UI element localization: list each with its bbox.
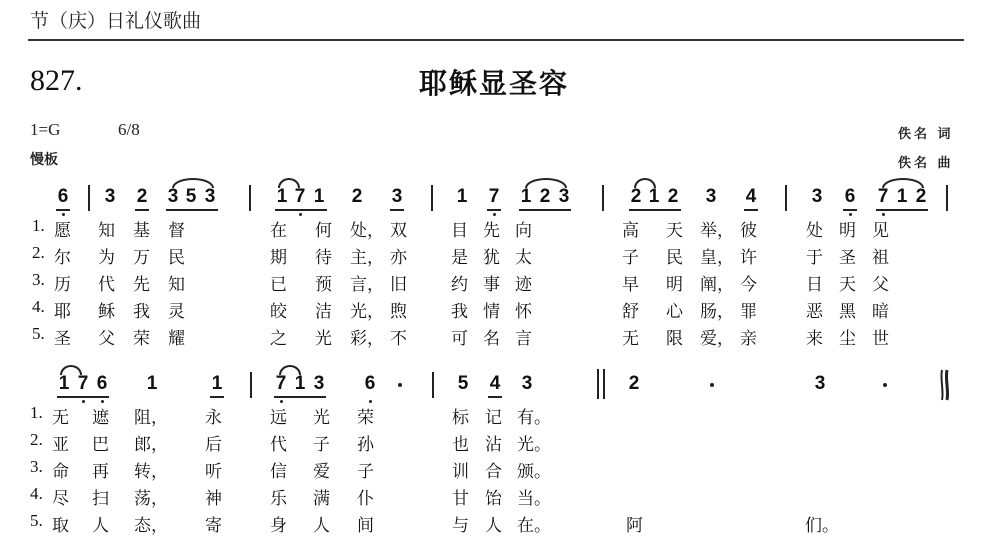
verse-number: 5. (30, 511, 43, 531)
verse-number: 3. (30, 457, 43, 477)
lyric-char: 亚 (52, 430, 69, 455)
lyric-char: 遮 (92, 403, 109, 428)
note: 1 (210, 373, 224, 395)
lyric-char: 知 (168, 270, 185, 295)
barline (946, 185, 948, 211)
beam-underline (135, 209, 149, 211)
note: 7 (293, 186, 307, 208)
time-signature: 6/8 (118, 120, 140, 140)
section-header: 节（庆）日礼仪歌曲 (30, 6, 201, 33)
lyric-char: 何 (315, 216, 332, 241)
lyric-char: 颁。 (517, 457, 551, 482)
lyric-char: 光。 (517, 430, 551, 455)
lyric-char: 暗 (872, 297, 889, 322)
page-title: 耶稣显圣容 (0, 62, 988, 102)
lyric-char: 圣 (839, 243, 856, 268)
augmentation-dot (398, 383, 402, 387)
lyric-char: 目 (451, 216, 468, 241)
lyric-char: 合 (485, 457, 502, 482)
verse-number: 3. (32, 270, 45, 290)
lyric-char: 稣 (98, 297, 115, 322)
lyric-char: 人 (92, 511, 109, 536)
lyric-char: 训 (452, 457, 469, 482)
lyric-char: 已 (270, 270, 287, 295)
lyric-char: 日 (806, 270, 823, 295)
note: 3 (203, 186, 217, 208)
lyric-line-verse-5: 5. 圣 父 荣 耀 之 光 彩， 不 可 名 言 无 限 爱， 亲 来 尘 世 (0, 324, 988, 350)
verse-number: 5. (32, 324, 45, 344)
lyric-char: 记 (485, 403, 502, 428)
lyricist-credit: 佚名 词 (898, 123, 954, 142)
note: 2 (914, 186, 928, 208)
lyric-char: 先 (133, 270, 150, 295)
verse-number: 2. (32, 243, 45, 263)
lyric-char: 煦 (390, 297, 407, 322)
lyric-char: 举， (700, 216, 734, 241)
end-barline (939, 369, 951, 401)
lyric-char: 太 (515, 243, 532, 268)
lyric-char: 待 (315, 243, 332, 268)
lyric-char: 听 (205, 457, 222, 482)
lyric-char: 光， (350, 297, 384, 322)
note: 3 (704, 186, 718, 208)
lyric-char: 命 (52, 457, 69, 482)
note: 4 (744, 186, 758, 208)
lyric-char: 郎， (134, 430, 168, 455)
lyric-char: 无 (622, 324, 639, 349)
lyric-char: 期 (270, 243, 287, 268)
note: 2 (666, 186, 680, 208)
beam-underline (488, 396, 502, 398)
note: 3 (813, 373, 827, 395)
lyric-char: 在。 (517, 511, 551, 536)
lyric-char: 明 (839, 216, 856, 241)
verse-number: 4. (30, 484, 43, 504)
lyric-char: 巴 (92, 430, 109, 455)
double-barline (597, 369, 605, 399)
lyric-char: 来 (806, 324, 823, 349)
note: 1 (57, 373, 71, 395)
note: 5 (456, 373, 470, 395)
lyric-char: 当。 (517, 484, 551, 509)
lyric-char: 尽 (52, 484, 69, 509)
lyric-char: 无 (52, 403, 69, 428)
lyric-char: 约 (451, 270, 468, 295)
barline (249, 185, 251, 211)
lyric-char: 沾 (485, 430, 502, 455)
barline (431, 185, 433, 211)
lyric-char: 肠， (700, 297, 734, 322)
lyric-char: 远 (270, 403, 287, 428)
lyric-char: 犹 (483, 243, 500, 268)
lyric-char: 永 (205, 403, 222, 428)
note: 1 (895, 186, 909, 208)
note: 7 (76, 373, 90, 395)
lyric-char: 于 (806, 243, 823, 268)
lyric-char: 人 (313, 511, 330, 536)
lyric-char: 见 (872, 216, 889, 241)
slur (525, 178, 567, 188)
lyric-char: 双 (390, 216, 407, 241)
lyric-char: 舒 (622, 297, 639, 322)
beam-underline (519, 209, 571, 211)
lyric-char: 子 (622, 243, 639, 268)
lyric-char: 向 (515, 216, 532, 241)
beam-underline (56, 209, 70, 211)
lyric-char: 有。 (517, 403, 551, 428)
slur (60, 365, 82, 375)
lyric-char: 处， (350, 216, 384, 241)
beam-underline (57, 396, 109, 398)
lyric-char: 饴 (485, 484, 502, 509)
lyric-char: 祖 (872, 243, 889, 268)
lyric-char: 天 (666, 216, 683, 241)
note: 3 (810, 186, 824, 208)
verse-number: 1. (32, 216, 45, 236)
note: 1 (519, 186, 533, 208)
beam-underline (876, 209, 928, 211)
lyric-char: 历 (54, 270, 71, 295)
lyric-char: 迹 (515, 270, 532, 295)
beam-underline (166, 209, 218, 211)
lyric-char: 亦 (390, 243, 407, 268)
note: 3 (390, 186, 404, 208)
lyric-char: 许 (740, 243, 757, 268)
lyric-char: 身 (270, 511, 287, 536)
note: 2 (629, 186, 643, 208)
note: 7 (876, 186, 890, 208)
lyric-char: 在 (270, 216, 287, 241)
composer-credit: 佚名 曲 (898, 152, 954, 171)
lyric-char: 爱 (313, 457, 330, 482)
lyric-char: 早 (622, 270, 639, 295)
lyric-char: 是 (451, 243, 468, 268)
lyric-char: 阻， (134, 403, 168, 428)
barline (602, 185, 604, 211)
verse-number: 4. (32, 297, 45, 317)
lyric-line-verse-3: 3. 命 再 转， 听 信 爱 子 训 合 颁。 (0, 457, 988, 483)
lyric-line-verse-3: 3. 历 代 先 知 已 预 言， 旧 约 事 迹 早 明 阐， 今 日 天 父 (0, 270, 988, 296)
note: 6 (95, 373, 109, 395)
note: 2 (135, 186, 149, 208)
lyric-char: 罪 (740, 297, 757, 322)
lyric-char: 之 (270, 324, 287, 349)
lyric-char: 尘 (839, 324, 856, 349)
lyric-char: 再 (92, 457, 109, 482)
note: 7 (487, 186, 501, 208)
header-divider (28, 39, 964, 41)
note: 7 (274, 373, 288, 395)
lyric-char: 父 (872, 270, 889, 295)
lyric-char: 光 (315, 324, 332, 349)
lyric-char: 乐 (270, 484, 287, 509)
lyric-char: 情 (483, 297, 500, 322)
lyric-char: 荡， (134, 484, 168, 509)
note: 3 (103, 186, 117, 208)
lyric-char: 间 (357, 511, 374, 536)
lyric-char: 与 (452, 511, 469, 536)
beam-underline (275, 209, 327, 211)
lyric-char: 世 (872, 324, 889, 349)
lyric-char: 民 (168, 243, 185, 268)
lyric-char: 孙 (357, 430, 374, 455)
lyric-char: 圣 (54, 324, 71, 349)
lyric-char: 寄 (205, 511, 222, 536)
lyric-line-verse-4: 4. 尽 扫 荡， 神 乐 满 仆 甘 饴 当。 (0, 484, 988, 510)
lyric-char: 仆 (357, 484, 374, 509)
barline (88, 185, 90, 211)
lyric-char: 耀 (168, 324, 185, 349)
lyric-char: 阐， (700, 270, 734, 295)
augmentation-dot (710, 383, 714, 387)
lyric-char: 彩， (350, 324, 384, 349)
lyric-char: 旧 (390, 270, 407, 295)
beam-underline (210, 396, 224, 398)
barline (432, 372, 434, 398)
lyric-char: 子 (357, 457, 374, 482)
note: 6 (56, 186, 70, 208)
lyric-char: 预 (315, 270, 332, 295)
note: 5 (184, 186, 198, 208)
lyric-char: 灵 (168, 297, 185, 322)
lyric-char: 扫 (92, 484, 109, 509)
slur (278, 178, 300, 188)
slur (279, 365, 301, 375)
lyric-char: 父 (98, 324, 115, 349)
lyric-char: 名 (483, 324, 500, 349)
tempo-marking: 慢板 (30, 149, 58, 169)
lyric-char: 爱， (700, 324, 734, 349)
lyric-char: 知 (98, 216, 115, 241)
note: 2 (538, 186, 552, 208)
lyric-char: 亲 (740, 324, 757, 349)
note: 1 (647, 186, 661, 208)
barline (785, 185, 787, 211)
note: 3 (557, 186, 571, 208)
lyric-line-verse-1: 1. 无 遮 阻， 永 远 光 荣 标 记 有。 (0, 403, 988, 429)
lyric-char: 事 (483, 270, 500, 295)
lyric-char: 万 (133, 243, 150, 268)
lyric-char: 代 (270, 430, 287, 455)
lyric-char: 皎 (270, 297, 287, 322)
lyric-char: 神 (205, 484, 222, 509)
slur (172, 178, 214, 188)
lyric-line-verse-2: 2. 亚 巴 郎， 后 代 子 孙 也 沾 光。 (0, 430, 988, 456)
lyric-char: 彼 (740, 216, 757, 241)
note: 1 (293, 373, 307, 395)
note: 1 (275, 186, 289, 208)
lyric-char: 基 (133, 216, 150, 241)
beam-underline (487, 209, 501, 211)
lyric-char: 取 (52, 511, 69, 536)
lyric-char: 言， (350, 270, 384, 295)
beam-underline (744, 209, 758, 211)
lyric-char: 也 (452, 430, 469, 455)
slur (634, 178, 656, 188)
lyric-char: 主， (350, 243, 384, 268)
lyric-char: 荣 (357, 403, 374, 428)
lyric-char: 言 (515, 324, 532, 349)
lyric-char: 后 (205, 430, 222, 455)
note: 1 (455, 186, 469, 208)
lyric-char: 荣 (133, 324, 150, 349)
amen-lyric: 阿 (626, 511, 643, 536)
lyric-char: 先 (483, 216, 500, 241)
lyric-char: 天 (839, 270, 856, 295)
note: 1 (145, 373, 159, 395)
lyric-char: 限 (666, 324, 683, 349)
note: 3 (166, 186, 180, 208)
beam-underline (390, 209, 404, 211)
lyric-line-verse-2: 2. 尔 为 万 民 期 待 主， 亦 是 犹 太 子 民 皇， 许 于 圣 祖 (0, 243, 988, 269)
lyric-char: 可 (451, 324, 468, 349)
lyric-char: 耶 (54, 297, 71, 322)
lyric-char: 态， (134, 511, 168, 536)
amen-lyric: 们。 (805, 511, 839, 536)
lyric-char: 光 (313, 403, 330, 428)
augmentation-dot (883, 383, 887, 387)
beam-underline (843, 209, 857, 211)
lyric-char: 人 (485, 511, 502, 536)
lyric-char: 今 (740, 270, 757, 295)
lyric-char: 尔 (54, 243, 71, 268)
lyric-char: 愿 (54, 216, 71, 241)
note: 3 (312, 373, 326, 395)
lyric-char: 满 (313, 484, 330, 509)
beam-underline (274, 396, 326, 398)
lyric-char: 恶 (806, 297, 823, 322)
lyric-char: 标 (452, 403, 469, 428)
lyric-char: 不 (390, 324, 407, 349)
key-signature: 1=G (30, 120, 60, 140)
note: 6 (843, 186, 857, 208)
lyric-char: 处 (806, 216, 823, 241)
note: 2 (627, 373, 641, 395)
lyric-char: 心 (666, 297, 683, 322)
beam-underline (629, 209, 681, 211)
lyric-char: 为 (98, 243, 115, 268)
lyric-char: 我 (451, 297, 468, 322)
note: 1 (312, 186, 326, 208)
note: 2 (350, 186, 364, 208)
lyric-char: 转， (134, 457, 168, 482)
lyric-char: 子 (313, 430, 330, 455)
lyric-char: 明 (666, 270, 683, 295)
verse-number: 2. (30, 430, 43, 450)
lyric-char: 民 (666, 243, 683, 268)
lyric-char: 高 (622, 216, 639, 241)
lyric-char: 甘 (452, 484, 469, 509)
note: 6 (363, 373, 377, 395)
lyric-char: 我 (133, 297, 150, 322)
note: 4 (488, 373, 502, 395)
lyric-char: 怀 (515, 297, 532, 322)
lyric-line-verse-4: 4. 耶 稣 我 灵 皎 洁 光， 煦 我 情 怀 舒 心 肠， 罪 恶 黑 暗 (0, 297, 988, 323)
lyric-char: 督 (168, 216, 185, 241)
verse-number: 1. (30, 403, 43, 423)
lyric-char: 信 (270, 457, 287, 482)
lyric-char: 黑 (839, 297, 856, 322)
note: 3 (520, 373, 534, 395)
lyric-char: 代 (98, 270, 115, 295)
barline (250, 372, 252, 398)
slur (882, 178, 924, 188)
lyric-char: 皇， (700, 243, 734, 268)
lyric-line-verse-1: 1. 愿 知 基 督 在 何 处， 双 目 先 向 高 天 举， 彼 处 明 见 (0, 216, 988, 242)
lyric-char: 洁 (315, 297, 332, 322)
lyric-line-verse-5: 5. 取 人 态， 寄 身 人 间 与 人 在。 阿 们。 (0, 511, 988, 537)
